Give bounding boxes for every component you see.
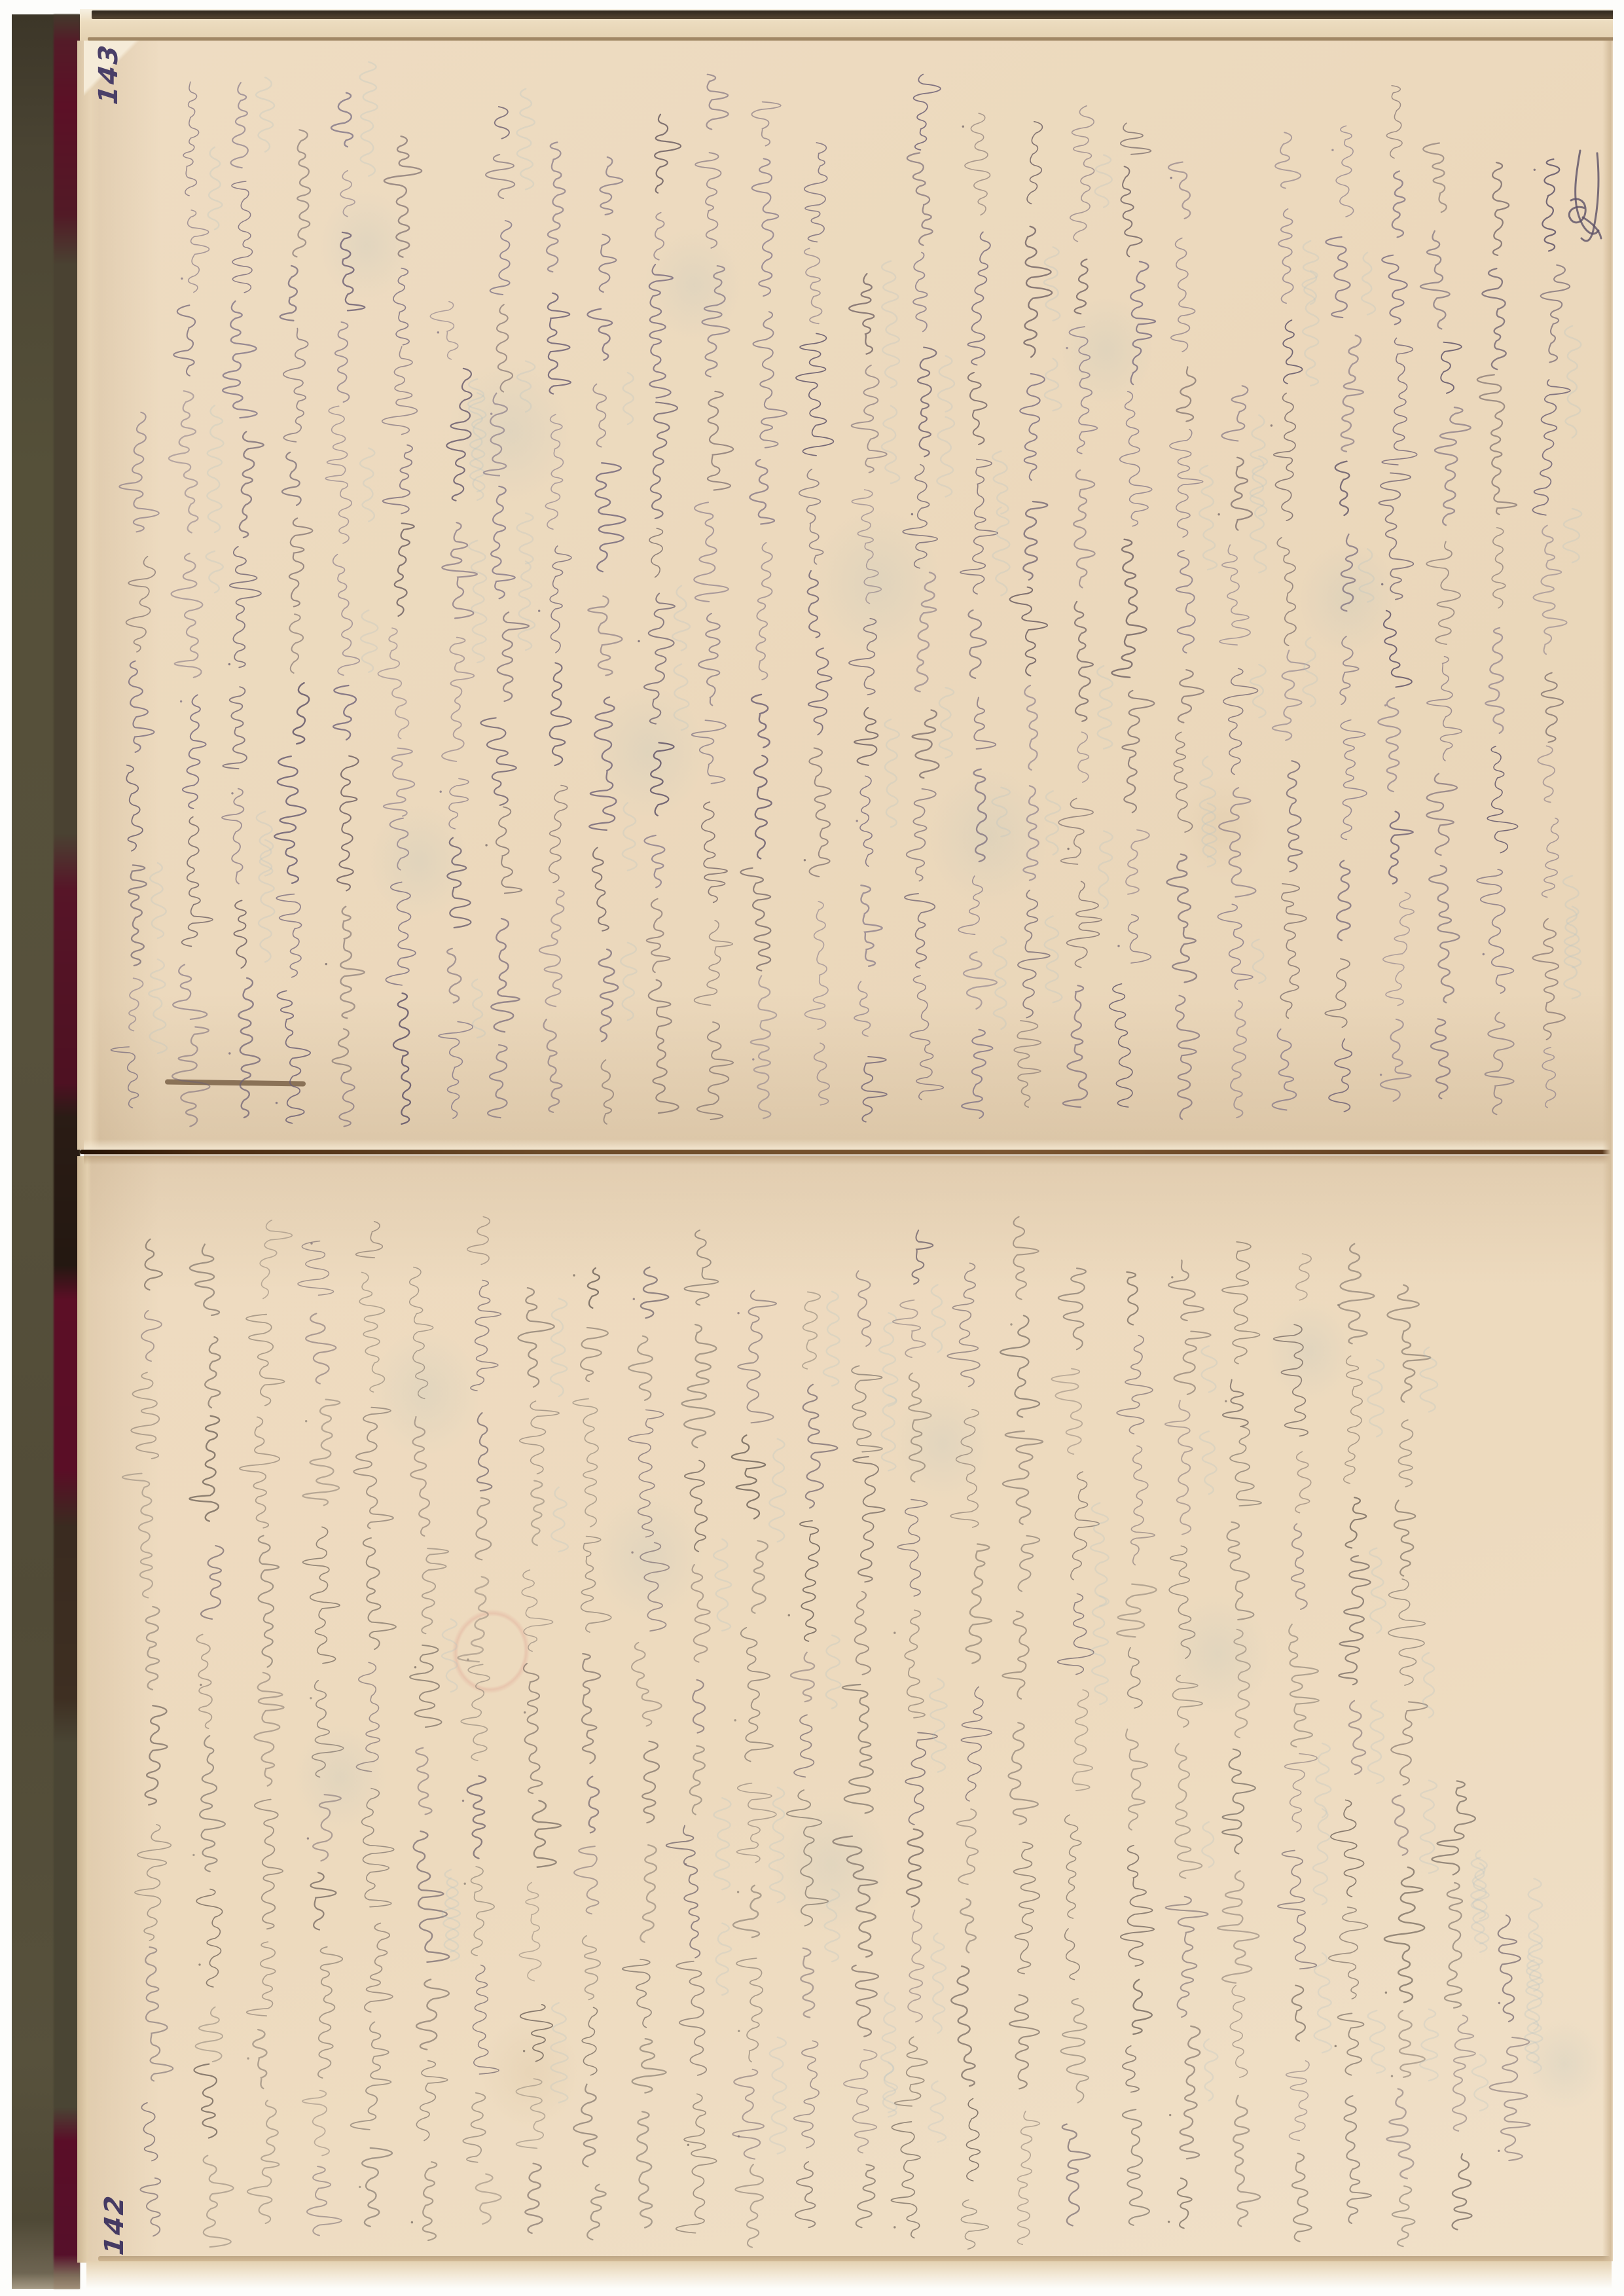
- page-142-left-edge: [77, 1156, 92, 2263]
- page-right-edge-shadow: [1602, 41, 1613, 2261]
- book-spine-band: [54, 14, 80, 2289]
- fold-shadow: [84, 1154, 1612, 1165]
- page-142-bottom-edge: [98, 2256, 1610, 2261]
- page-number-143: 143: [92, 44, 125, 104]
- bottom-fore-edge: [86, 2261, 1612, 2274]
- scanned-notebook-spread: 143 142: [0, 0, 1624, 2296]
- scanner-margin: [1613, 0, 1624, 2296]
- page-number-142: 142: [98, 2195, 131, 2255]
- fold-highlight: [84, 1139, 1612, 1150]
- bottom-scan-fade: [86, 2274, 1612, 2289]
- page-fold-seam: [80, 1150, 1615, 1154]
- page-142: [82, 1156, 1612, 2263]
- cover-edge-line: [92, 10, 1615, 19]
- page-143: [84, 41, 1612, 1150]
- page-143-deckled-edge: [77, 41, 99, 1150]
